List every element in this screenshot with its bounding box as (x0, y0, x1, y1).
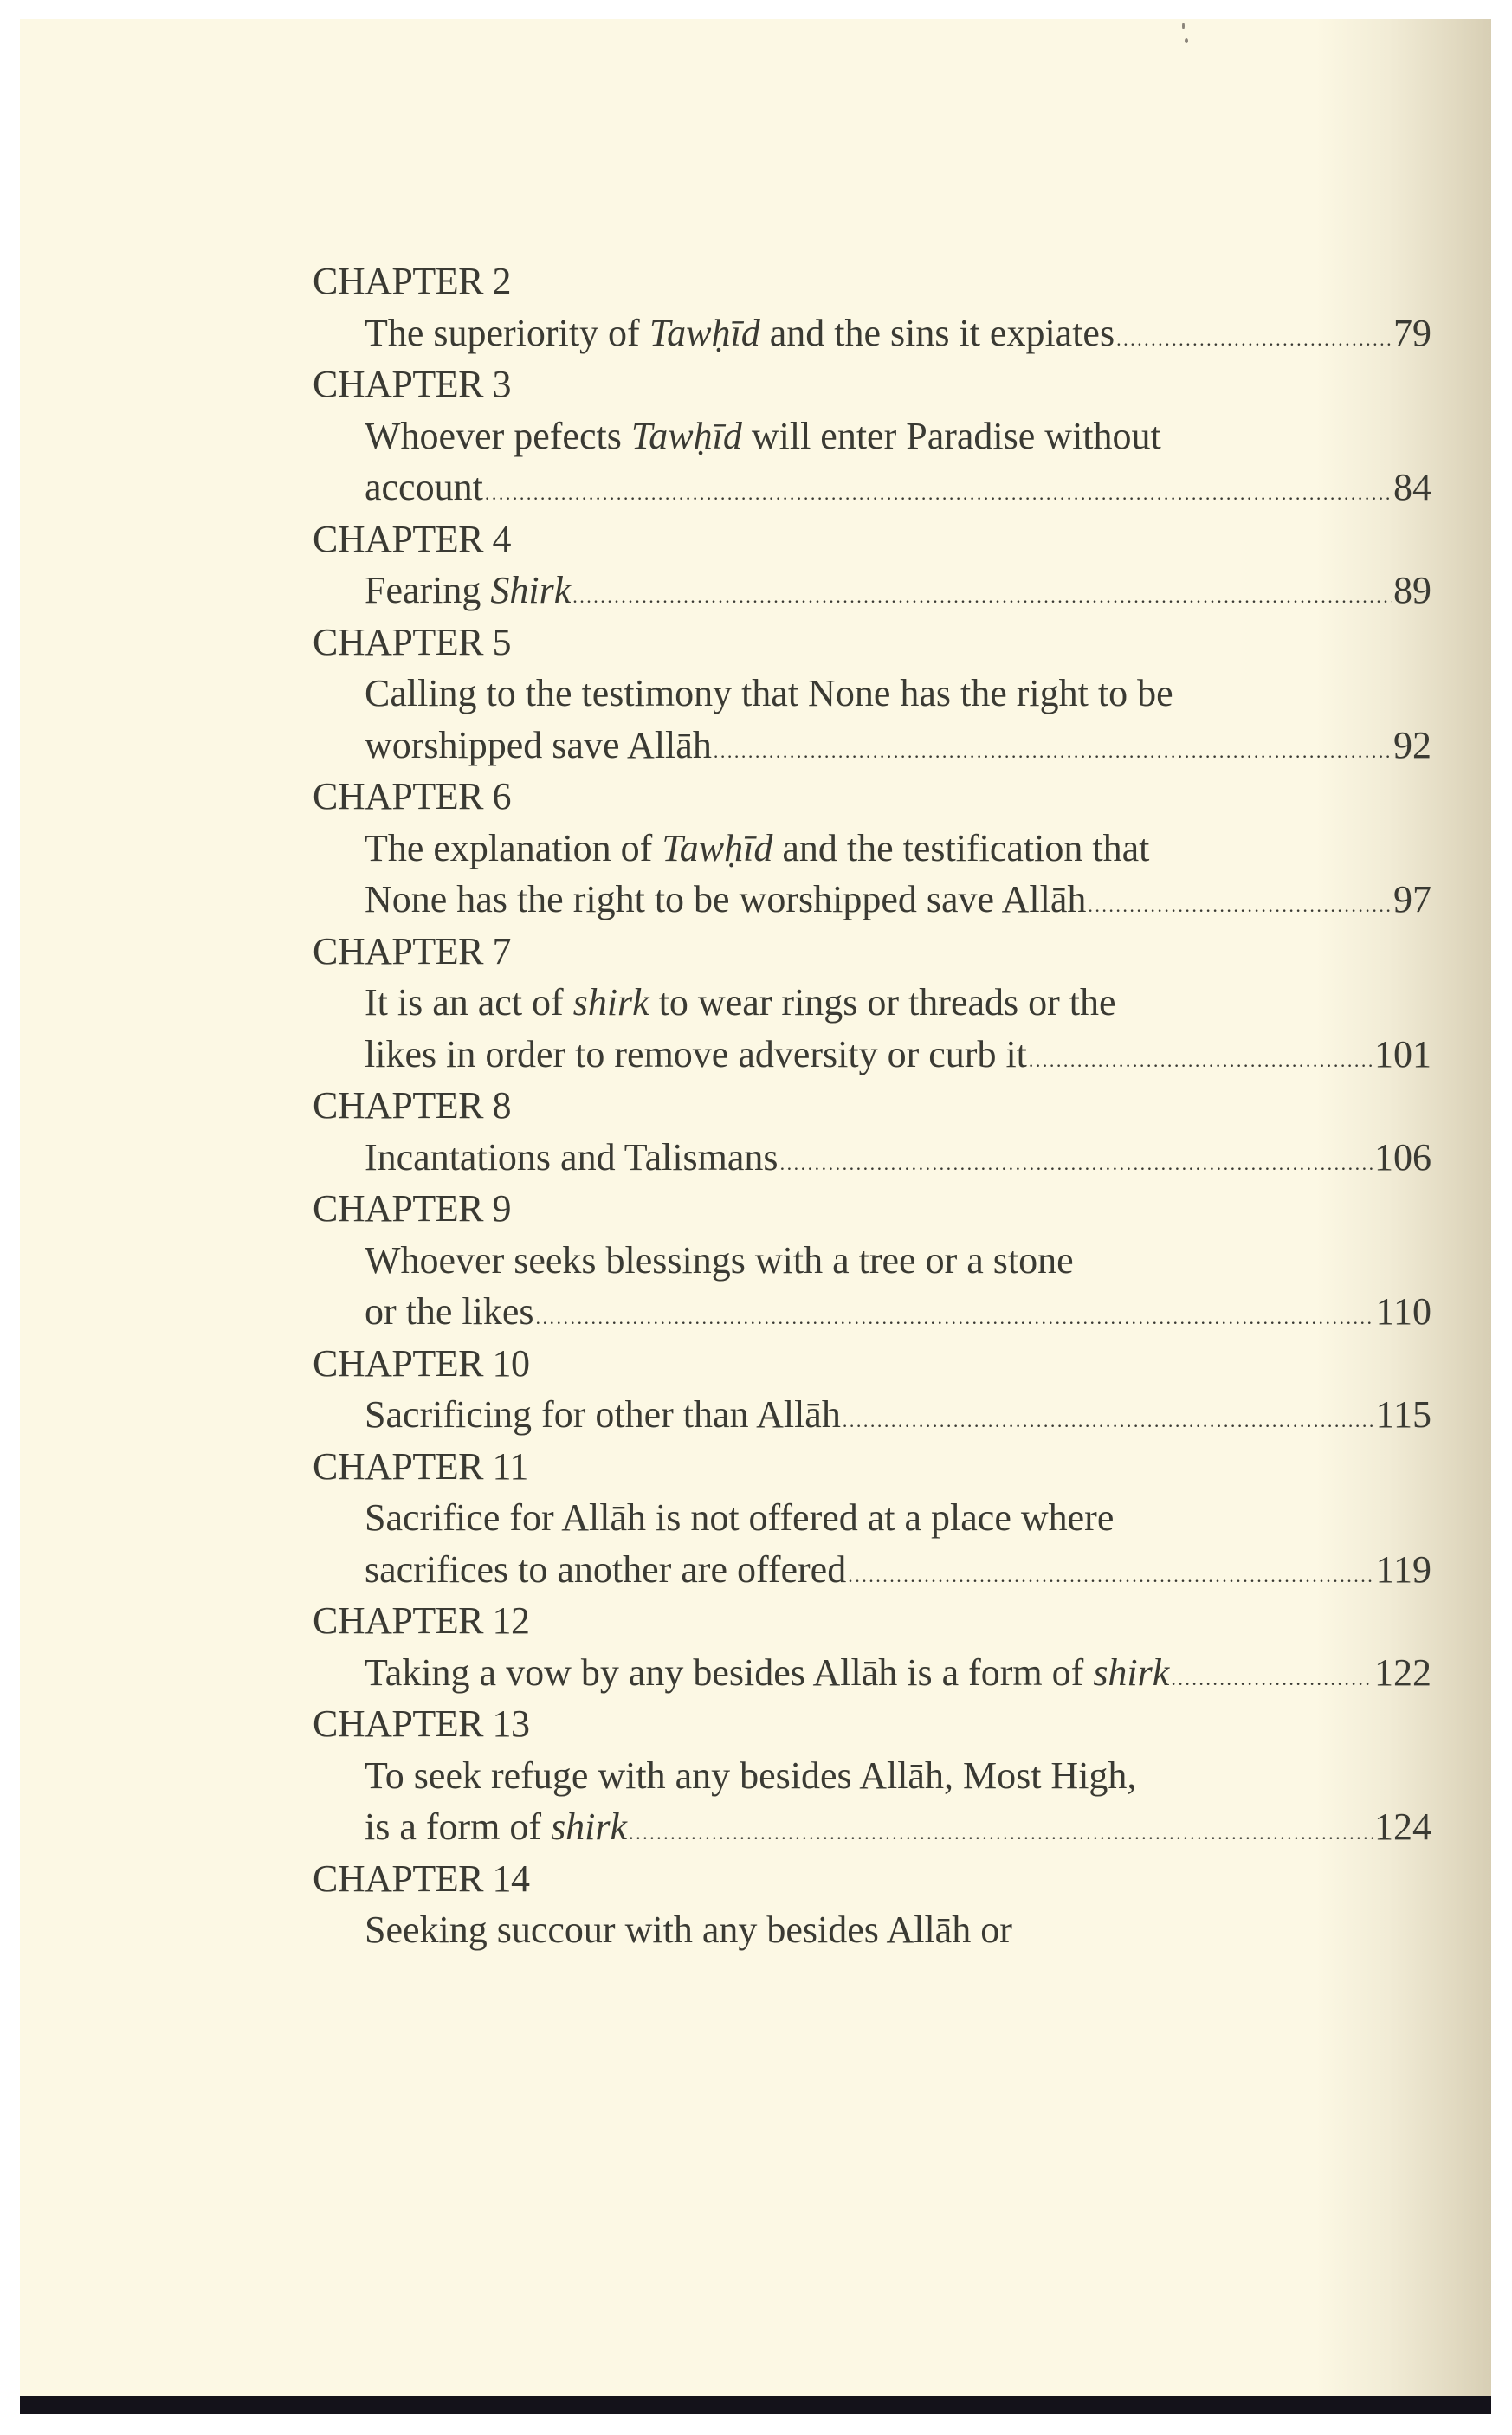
toc-entry-text: Whoever seeks blessings with a tree or a… (365, 1235, 1074, 1287)
chapter-heading: CHAPTER 3 (313, 358, 1431, 410)
chapter-heading: CHAPTER 10 (313, 1338, 1431, 1390)
page-number: 115 (1376, 1389, 1431, 1441)
entry-text-segment: Fearing (365, 569, 490, 611)
toc-entry-text: or the likes (365, 1286, 534, 1338)
toc-entry-text: It is an act of shirk to wear rings or t… (365, 977, 1116, 1029)
toc-entry-line: Taking a vow by any besides Allāh is a f… (365, 1647, 1431, 1699)
entry-text-segment: likes in order to remove adversity or cu… (365, 1033, 1027, 1075)
chapter-heading: CHAPTER 2 (313, 255, 1431, 307)
chapter-heading-text: CHAPTER 14 (313, 1853, 529, 1905)
entry-text-segment: To seek refuge with any besides Allāh, M… (365, 1754, 1136, 1797)
chapter-heading: CHAPTER 14 (313, 1853, 1431, 1905)
entry-text-segment: to wear rings or threads or the (649, 981, 1116, 1024)
page-number: 110 (1376, 1286, 1431, 1338)
dot-leader (1171, 1653, 1373, 1705)
entry-text-segment: sacrifices to another are offered (365, 1548, 846, 1591)
toc-entry-text: account (365, 462, 483, 513)
dot-leader (780, 1138, 1373, 1190)
toc-entry-line: likes in order to remove adversity or cu… (365, 1029, 1431, 1081)
chapter-heading-text: CHAPTER 5 (313, 617, 511, 668)
book-page: CHAPTER 2The superiority of Tawḥīd and t… (20, 19, 1491, 2396)
italic-term: shirk (551, 1805, 627, 1848)
dot-leader (572, 571, 1392, 623)
chapter-heading: CHAPTER 7 (313, 926, 1431, 978)
chapter-heading-text: CHAPTER 3 (313, 358, 511, 410)
entry-text-segment: or the likes (365, 1290, 534, 1333)
entry-text-segment: The superiority of (365, 312, 649, 354)
dot-leader (1029, 1035, 1373, 1087)
toc-entry-text: The superiority of Tawḥīd and the sins i… (365, 307, 1115, 359)
entry-text-segment: Whoever seeks blessings with a tree or a… (365, 1239, 1074, 1282)
page-number: 122 (1374, 1647, 1431, 1699)
chapter-heading: CHAPTER 9 (313, 1183, 1431, 1235)
italic-term: Tawḥīd (662, 827, 772, 869)
toc-entry-line: Whoever pefects Tawḥīd will enter Paradi… (365, 410, 1431, 462)
toc-entry-line: Sacrifice for Allāh is not offered at a … (365, 1492, 1431, 1544)
entry-text-segment: worshipped save Allāh (365, 724, 712, 766)
page-number: 124 (1374, 1801, 1431, 1853)
entry-text-segment: and the testification that (772, 827, 1149, 869)
toc-entry-text: Sacrifice for Allāh is not offered at a … (365, 1492, 1114, 1544)
chapter-heading: CHAPTER 6 (313, 771, 1431, 823)
entry-text-segment: Whoever pefects (365, 415, 631, 457)
toc-entry-line: Calling to the testimony that None has t… (365, 668, 1431, 720)
toc-entry-line: account84 (365, 462, 1431, 513)
chapter-heading-text: CHAPTER 8 (313, 1080, 511, 1132)
toc-entry-text: Seeking succour with any besides Allāh o… (365, 1904, 1012, 1956)
chapter-heading: CHAPTER 4 (313, 513, 1431, 565)
toc-entry-line: Whoever seeks blessings with a tree or a… (365, 1235, 1431, 1287)
dot-leader (629, 1807, 1373, 1859)
toc-entry-text: Incantations and Talismans (365, 1132, 779, 1184)
toc-entry-line: None has the right to be worshipped save… (365, 874, 1431, 926)
toc-entry-line: Fearing Shirk89 (365, 565, 1431, 617)
entry-text-segment: Sacrificing for other than Allāh (365, 1393, 841, 1436)
toc-entry-text: Sacrificing for other than Allāh (365, 1389, 841, 1441)
entry-text-segment: Seeking succour with any besides Allāh o… (365, 1909, 1012, 1951)
italic-term: shirk (1093, 1651, 1169, 1694)
entry-text-segment: It is an act of (365, 981, 573, 1024)
toc-entry-line: Seeking succour with any besides Allāh o… (365, 1904, 1431, 1956)
dot-leader (848, 1550, 1373, 1602)
entry-text-segment: The explanation of (365, 827, 662, 869)
page-number: 106 (1374, 1132, 1431, 1184)
entry-text-segment: account (365, 466, 483, 508)
toc-entry-text: worshipped save Allāh (365, 720, 712, 772)
italic-term: shirk (573, 981, 649, 1024)
page-number: 97 (1393, 874, 1431, 926)
toc-entry-line: The superiority of Tawḥīd and the sins i… (365, 307, 1431, 359)
toc-entry-line: sacrifices to another are offered119 (365, 1544, 1431, 1596)
scanner-edge-band (20, 2396, 1491, 2414)
dot-leader (843, 1395, 1374, 1447)
page-number: 101 (1374, 1029, 1431, 1081)
chapter-heading: CHAPTER 12 (313, 1595, 1431, 1647)
chapter-heading: CHAPTER 8 (313, 1080, 1431, 1132)
page-number: 84 (1393, 462, 1431, 513)
page-number: 119 (1376, 1544, 1431, 1596)
toc-entry-text: is a form of shirk (365, 1801, 627, 1853)
paper-speck (1185, 38, 1188, 43)
toc-entry-line: The explanation of Tawḥīd and the testif… (365, 823, 1431, 875)
paper-speck (1182, 23, 1185, 29)
chapter-heading-text: CHAPTER 6 (313, 771, 511, 823)
italic-term: Shirk (490, 569, 571, 611)
toc-entry-text: Calling to the testimony that None has t… (365, 668, 1173, 720)
chapter-heading-text: CHAPTER 10 (313, 1338, 529, 1390)
chapter-heading-text: CHAPTER 12 (313, 1595, 529, 1647)
dot-leader (714, 726, 1392, 778)
page-number: 89 (1393, 565, 1431, 617)
italic-term: Tawḥīd (631, 415, 742, 457)
entry-text-segment: Taking a vow by any besides Allāh is a f… (365, 1651, 1093, 1694)
toc-entry-text: The explanation of Tawḥīd and the testif… (365, 823, 1149, 875)
chapter-heading-text: CHAPTER 9 (313, 1183, 511, 1235)
chapter-heading-text: CHAPTER 11 (313, 1441, 528, 1493)
chapter-heading: CHAPTER 13 (313, 1698, 1431, 1750)
dot-leader (1088, 880, 1392, 932)
entry-text-segment: and the sins it expiates (760, 312, 1115, 354)
toc-entry-line: or the likes110 (365, 1286, 1431, 1338)
chapter-heading-text: CHAPTER 13 (313, 1698, 529, 1750)
toc-entry-text: Whoever pefects Tawḥīd will enter Paradi… (365, 410, 1161, 462)
dot-leader (1116, 313, 1392, 365)
toc-entry-text: None has the right to be worshipped save… (365, 874, 1086, 926)
toc-entry-text: Taking a vow by any besides Allāh is a f… (365, 1647, 1169, 1699)
entry-text-segment: Sacrifice for Allāh is not offered at a … (365, 1496, 1114, 1539)
toc-entry-line: Sacrificing for other than Allāh115 (365, 1389, 1431, 1441)
toc-entry-line: is a form of shirk124 (365, 1801, 1431, 1853)
toc-entry-text: likes in order to remove adversity or cu… (365, 1029, 1027, 1081)
toc-entry-text: Fearing Shirk (365, 565, 571, 617)
chapter-heading-text: CHAPTER 4 (313, 513, 511, 565)
toc-entry-line: Incantations and Talismans106 (365, 1132, 1431, 1184)
page-number: 79 (1393, 307, 1431, 359)
toc-entry-line: To seek refuge with any besides Allāh, M… (365, 1750, 1431, 1802)
dot-leader (536, 1292, 1374, 1344)
entry-text-segment: Calling to the testimony that None has t… (365, 672, 1173, 714)
chapter-heading: CHAPTER 5 (313, 617, 1431, 668)
toc-entry-text: sacrifices to another are offered (365, 1544, 846, 1596)
toc-entry-line: worshipped save Allāh92 (365, 720, 1431, 772)
chapter-heading-text: CHAPTER 2 (313, 255, 511, 307)
entry-text-segment: None has the right to be worshipped save… (365, 878, 1086, 920)
chapter-heading: CHAPTER 11 (313, 1441, 1431, 1493)
entry-text-segment: will enter Paradise without (742, 415, 1161, 457)
dot-leader (485, 468, 1392, 520)
page-number: 92 (1393, 720, 1431, 772)
italic-term: Tawḥīd (649, 312, 760, 354)
entry-text-segment: is a form of (365, 1805, 551, 1848)
entry-text-segment: Incantations and Talismans (365, 1136, 779, 1179)
toc-entry-text: To seek refuge with any besides Allāh, M… (365, 1750, 1136, 1802)
toc-entry-line: It is an act of shirk to wear rings or t… (365, 977, 1431, 1029)
chapter-heading-text: CHAPTER 7 (313, 926, 511, 978)
